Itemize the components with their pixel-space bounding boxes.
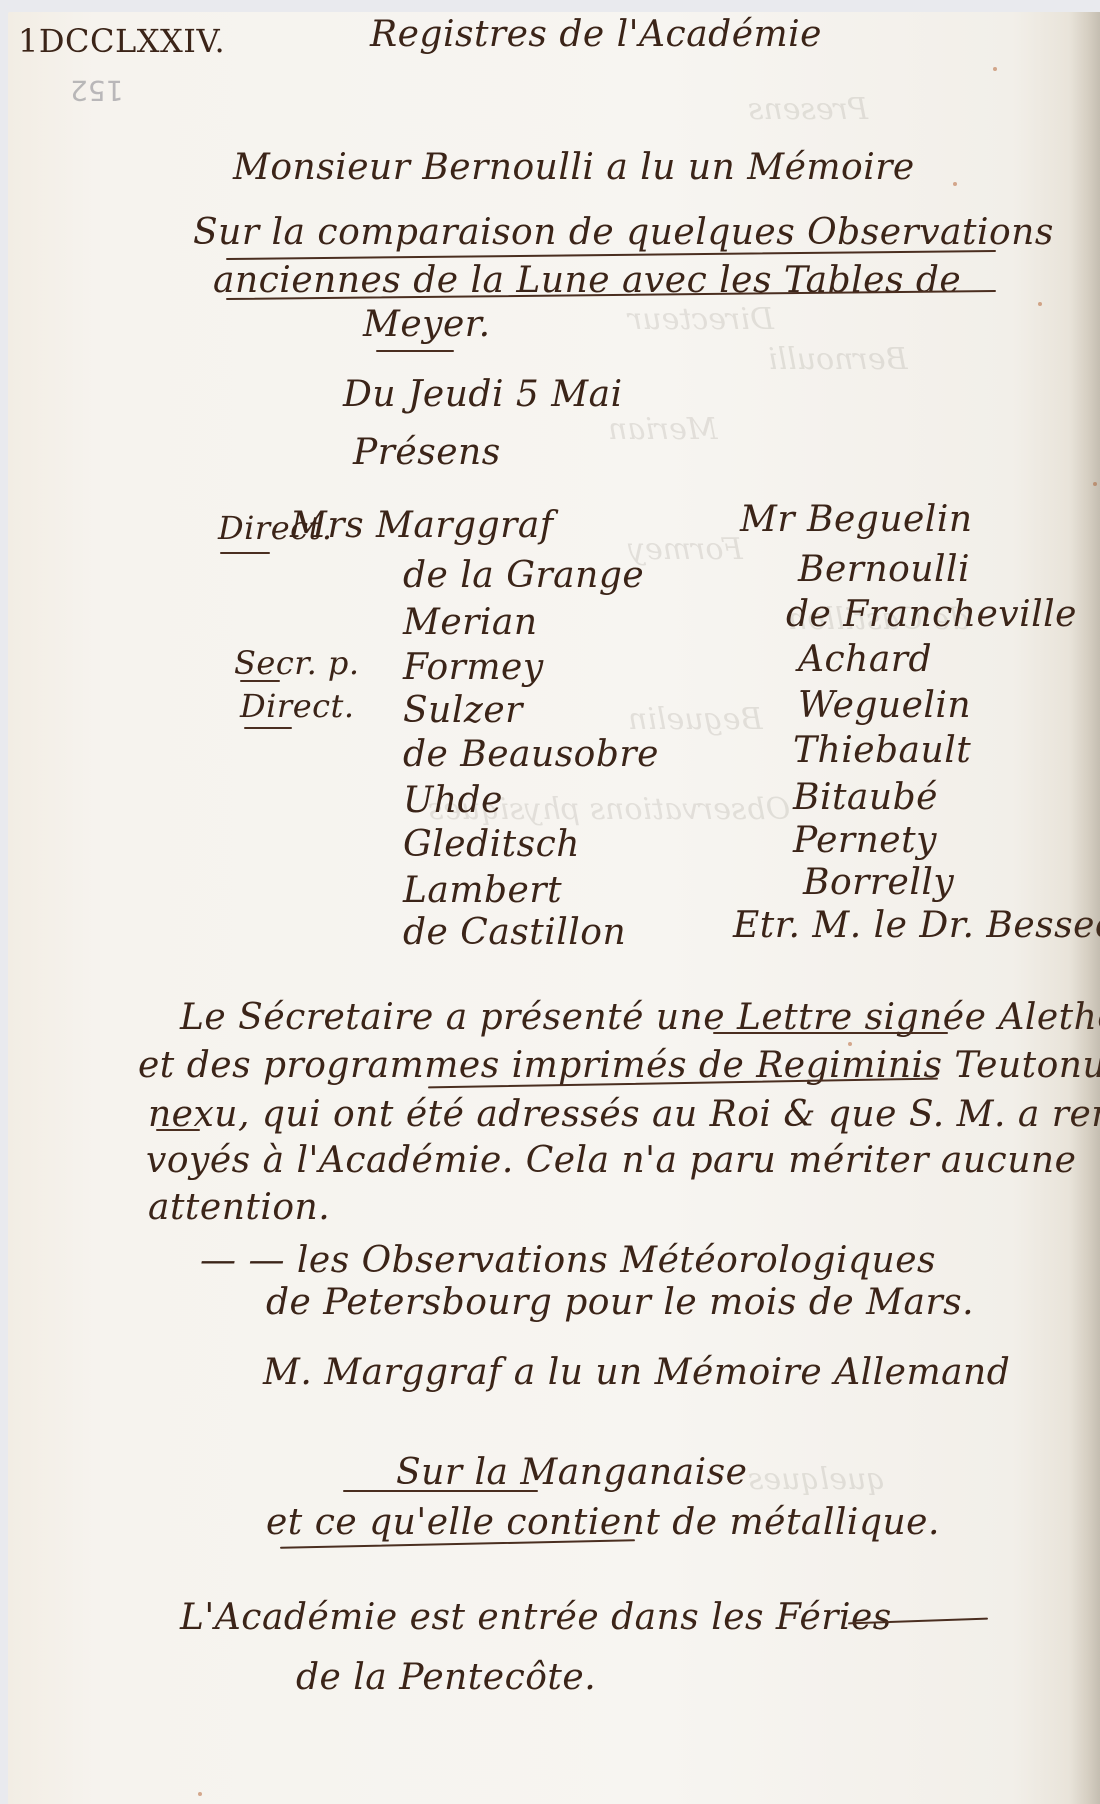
bleed-through-text: Formey	[628, 532, 743, 567]
bleed-through-text: Presens	[748, 92, 868, 127]
bleed-through-text: Bernoulli	[768, 342, 908, 377]
bleed-through-text: quelques	[748, 1462, 886, 1497]
observations-line-1: — — les Observations Météorologiques	[200, 1240, 936, 1281]
paragraph-line: Le Sécretaire a présenté une Lettre sign…	[180, 997, 1100, 1038]
manuscript-page: Presens Directeur Bernoulli Merian Forme…	[8, 12, 1100, 1804]
paragraph-line: nexu, qui ont été adressés au Roi & que …	[148, 1094, 1100, 1135]
present-label: Présens	[353, 432, 501, 473]
member-left: Formey	[403, 647, 544, 688]
bleed-through-text: Directeur	[628, 302, 774, 337]
marggraf-memoir: M. Marggraf a lu un Mémoire Allemand	[263, 1352, 1010, 1393]
underline	[343, 1490, 538, 1492]
session-date: Du Jeudi 5 Mai	[343, 374, 623, 415]
underline	[244, 727, 292, 729]
role-secretary: Secr. p.	[234, 644, 360, 682]
underline	[220, 552, 270, 554]
folio-number: 152	[70, 74, 123, 107]
paper-speck	[1093, 482, 1097, 486]
member-left: Lambert	[403, 870, 562, 911]
paper-speck	[848, 1042, 852, 1046]
member-right: Etr. M. le Dr. Bessecke	[733, 905, 1100, 946]
member-left: Mrs Marggraf	[290, 505, 554, 546]
memoir-intro: Monsieur Bernoulli a lu un Mémoire	[233, 147, 915, 188]
paragraph-line: voyés à l'Académie. Cela n'a paru mérite…	[146, 1140, 1076, 1181]
role-director-2: Direct.	[240, 687, 355, 725]
underline	[240, 680, 280, 682]
underline	[376, 350, 454, 352]
paragraph-line: et des programmes imprimés de Regiminis …	[138, 1045, 1100, 1086]
member-right: de Francheville	[786, 594, 1077, 635]
paragraph-line: attention.	[148, 1187, 330, 1228]
member-right: Achard	[798, 639, 932, 680]
memoir-title-line-1: Sur la comparaison de quelques Observati…	[193, 212, 1054, 253]
bleed-through-text: Merian	[608, 412, 718, 447]
member-right: Borrelly	[803, 862, 954, 903]
paper-speck	[993, 67, 997, 71]
memoir-2-title-line-1: Sur la Manganaise	[396, 1452, 747, 1493]
register-title: Registres de l'Académie	[370, 14, 822, 55]
observations-line-2: de Petersbourg pour le mois de Mars.	[266, 1282, 974, 1323]
member-left: de la Grange	[403, 555, 644, 596]
year-roman-numeral: 1DCCLXXIV.	[18, 22, 225, 60]
memoir-2-title-line-2: et ce qu'elle contient de métallique.	[266, 1502, 940, 1543]
member-right: Weguelin	[798, 685, 971, 726]
underline	[156, 1129, 200, 1131]
member-left: Uhde	[403, 780, 503, 821]
paper-speck	[1038, 302, 1042, 306]
member-left: Merian	[403, 602, 538, 643]
member-left: Sulzer	[403, 690, 523, 731]
bleed-through-text: Beguelin	[628, 702, 763, 737]
member-left: Gleditsch	[403, 824, 580, 865]
member-right: Thiebault	[793, 730, 971, 771]
underline	[713, 1032, 948, 1034]
memoir-title-line-3: Meyer.	[363, 304, 491, 345]
member-right: Pernety	[793, 820, 937, 861]
paper-speck	[953, 182, 957, 186]
member-right: Bernoulli	[798, 549, 970, 590]
member-right: Bitaubé	[793, 777, 938, 818]
paper-speck	[198, 1792, 202, 1796]
member-right: Mr Beguelin	[740, 499, 973, 540]
closing-line-1: L'Académie est entrée dans les Féries	[180, 1597, 892, 1638]
closing-line-2: de la Pentecôte.	[296, 1657, 596, 1698]
member-left: de Beausobre	[403, 734, 659, 775]
member-left: de Castillon	[403, 912, 626, 953]
